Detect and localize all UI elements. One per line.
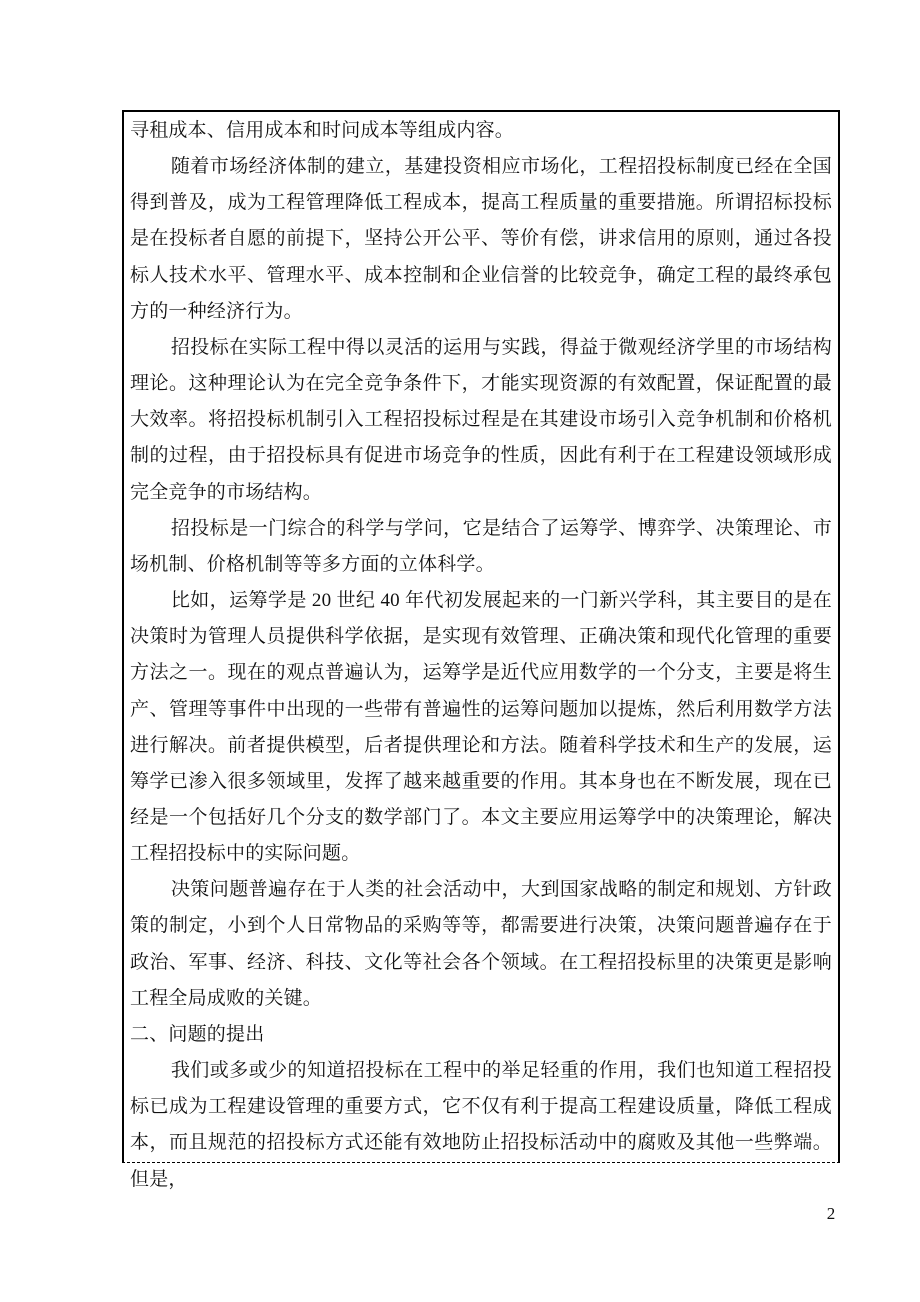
text-frame: 寻租成本、信用成本和时问成本等组成内容。 随着市场经济体制的建立，基建投资相应市… (122, 110, 840, 1163)
body-paragraph: 我们或多或少的知道招投标在工程中的举足轻重的作用，我们也知道工程招投标已成为工程… (130, 1053, 832, 1198)
body-paragraph: 决策问题普遍存在于人类的社会活动中，大到国家战略的制定和规划、方针政策的制定，小… (130, 872, 832, 1017)
page-number: 2 (818, 1203, 844, 1225)
body-paragraph-continuation: 寻租成本、信用成本和时问成本等组成内容。 (130, 113, 832, 149)
body-paragraph: 招投标在实际工程中得以灵活的运用与实践，得益于微观经济学里的市场结构理论。这种理… (130, 330, 832, 511)
body-paragraph: 比如，运筹学是 20 世纪 40 年代初发展起来的一门新兴学科，其主要目的是在决… (130, 583, 832, 872)
body-paragraph: 随着市场经济体制的建立，基建投资相应市场化，工程招投标制度已经在全国得到普及，成… (130, 149, 832, 330)
document-page: { "colors": { "background": "#ffffff", "… (0, 0, 920, 1302)
section-heading: 二、问题的提出 (130, 1017, 832, 1053)
body-paragraph: 招投标是一门综合的科学与学问，它是结合了运筹学、博弈学、决策理论、市场机制、价格… (130, 511, 832, 583)
